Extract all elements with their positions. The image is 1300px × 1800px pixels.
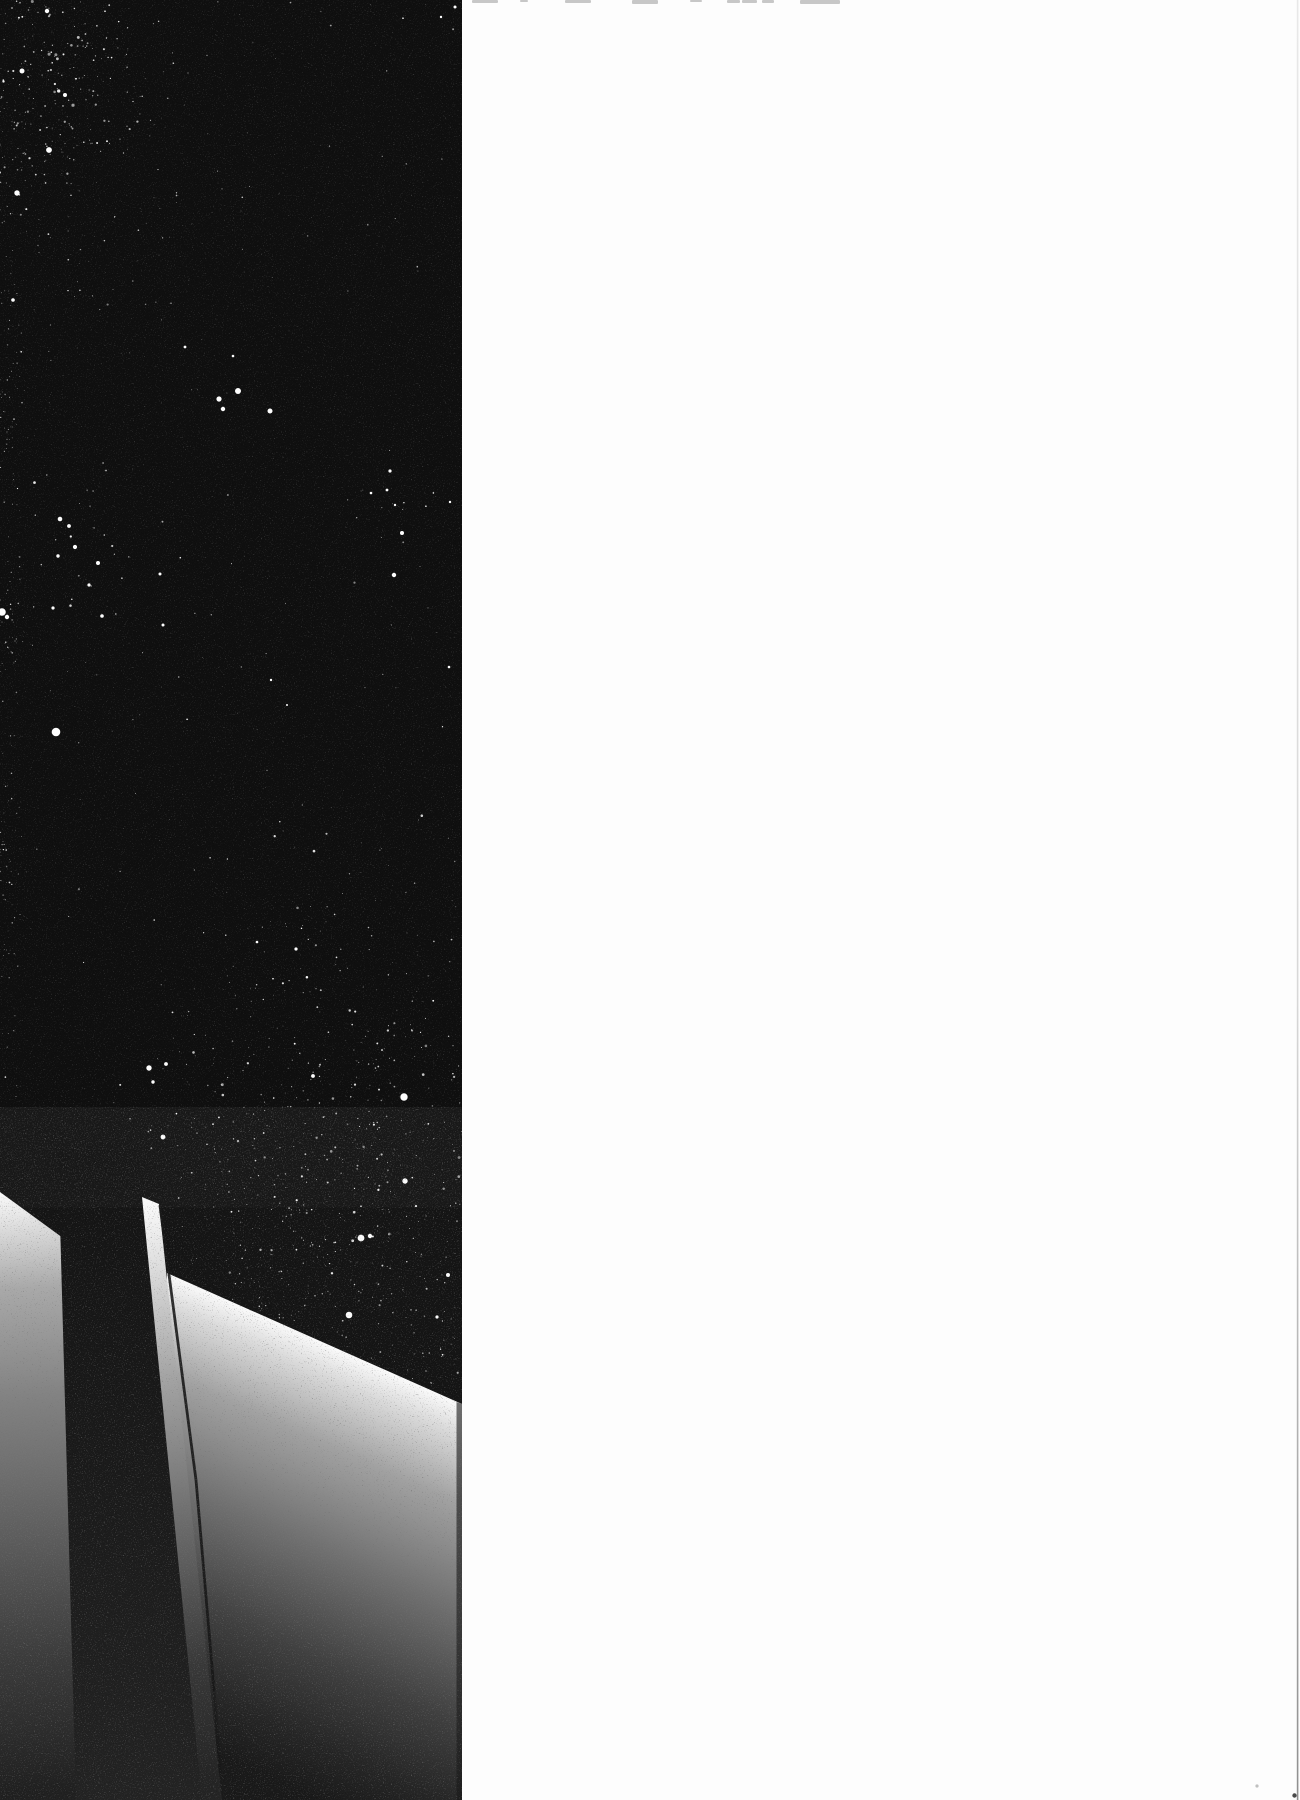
grain-overlay: [0, 0, 462, 1800]
dust-speck: [1255, 1784, 1258, 1787]
scanned-book-page: [0, 0, 1300, 1800]
page-edge-line: [1297, 0, 1299, 1800]
dust-speck: [1292, 1793, 1296, 1797]
page-artwork-svg: [0, 0, 1300, 1800]
